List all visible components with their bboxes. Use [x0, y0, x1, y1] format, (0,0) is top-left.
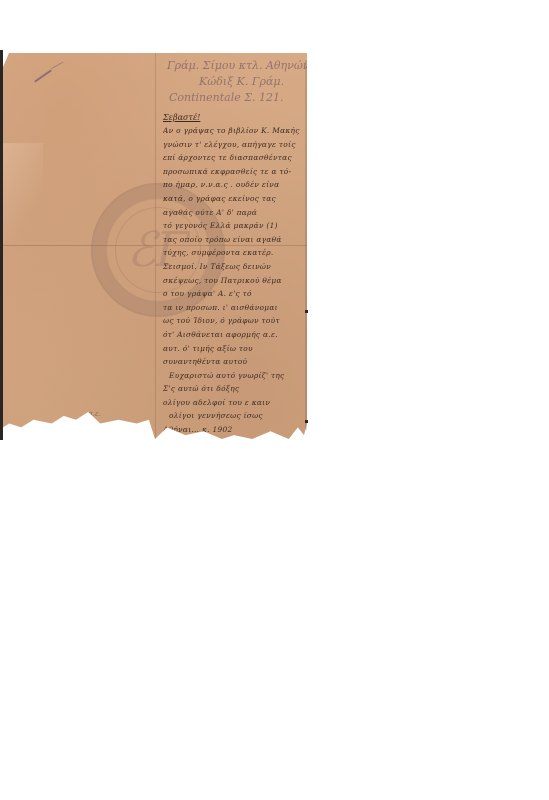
- closing-date-line: Αθήναι... κ. 1902: [163, 423, 307, 437]
- text-line: Σεισμοί. Ιν Τάξεως δεινών: [163, 260, 307, 274]
- text-line: κατά, ο γράφας εκείνος τας: [163, 192, 307, 206]
- text-line: αυτ. ό' τιμής αξίω του: [163, 342, 307, 356]
- salutation: Σεβαστέ!: [163, 113, 307, 122]
- text-line: πο ήμαρ, ν.ν.α.ς . ουδέν είνα: [163, 178, 307, 192]
- paper-crease: [3, 143, 43, 243]
- letter-body: Σεβαστέ! Αν ο γράψας το βιβλίον Κ. Μακής…: [163, 113, 307, 437]
- pencil-mark-icon: [51, 62, 64, 70]
- torn-corner: [3, 53, 9, 67]
- page-background: ℰΓ Γράμ. Σίμου κτλ. Αθηνών Κώδιξ Κ. Γράμ…: [0, 0, 549, 800]
- text-line: τό γεγονός Ελλά μακράν (1): [163, 219, 307, 233]
- pencil-mark-icon: [34, 69, 52, 82]
- text-line: Ευχαριστώ αυτό γνωρίζ' της: [163, 369, 307, 383]
- text-line: τας οποίο τρόπω είναι αγαθά: [163, 233, 307, 247]
- text-line: γνώσιν τ' ελέγχου, απήγαγε τοίς: [163, 138, 307, 152]
- ink-dot: [305, 420, 308, 423]
- text-line: σκέψεως, του Πατρικού θέμα: [163, 274, 307, 288]
- margin-scribble: σ.ε.: [88, 410, 101, 418]
- text-line: ως τού Ίδιον, ό γράφων τούτ: [163, 314, 307, 328]
- header-note-line-1: Γράμ. Σίμου κτλ. Αθηνών: [167, 59, 309, 72]
- text-line: επί άρχοντες τε διασπασθέντας: [163, 151, 307, 165]
- text-line: ο του γράψα' Α. ε'ς τό: [163, 287, 307, 301]
- text-line: ολίγου αδελφοί του ε καιν: [163, 396, 307, 410]
- text-line: Αν ο γράψας το βιβλίον Κ. Μακής: [163, 124, 307, 138]
- text-line: ότ' Αισθάνεται αφορμής α.ε.: [163, 328, 307, 342]
- scanner-edge-strip: [0, 50, 3, 440]
- text-line: ολίγοι γεννήσεως ίσως: [163, 409, 307, 423]
- text-line: συναντηθέντα αυτού: [163, 355, 307, 369]
- text-line: προσωπικά εκφρασθείς τε α τό-: [163, 165, 307, 179]
- header-note-line-2: Κώδιξ Κ. Γράμ.: [199, 75, 284, 88]
- text-line: Σ'ς αυτώ ότι δόξης: [163, 382, 307, 396]
- text-line: τύχης, συμφέροντα εκατέρ.: [163, 246, 307, 260]
- text-line: τα ιν προσωπ. ι' αισθάνομαι: [163, 301, 307, 315]
- manuscript-sheet: ℰΓ Γράμ. Σίμου κτλ. Αθηνών Κώδιξ Κ. Γράμ…: [3, 53, 307, 439]
- sheet-right-edge-shadow: [305, 60, 307, 430]
- header-note-line-3: Continentale Σ. 121.: [169, 91, 284, 104]
- ink-dot: [305, 310, 308, 313]
- text-line: αγαθάς ούτε Α' δ' παρά: [163, 206, 307, 220]
